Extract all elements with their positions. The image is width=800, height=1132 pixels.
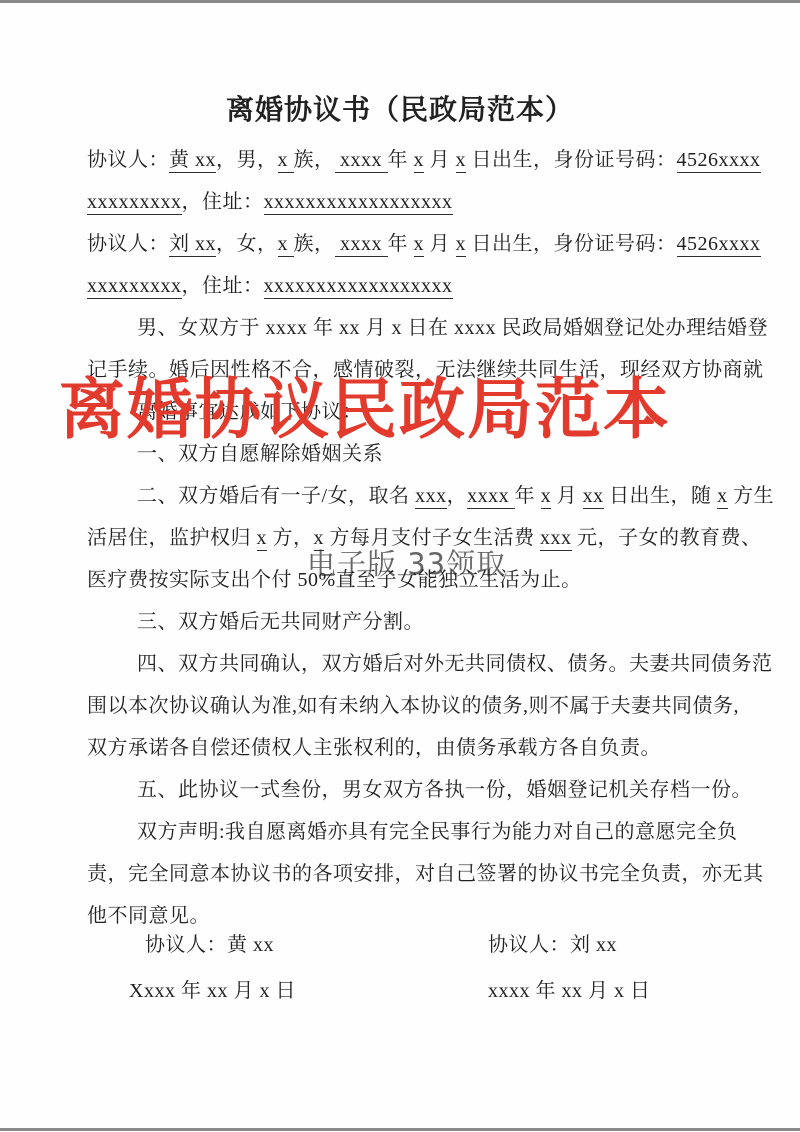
blank-underline: x — [717, 485, 728, 509]
document-line: 协议人：刘 xx，女，x 族， xxxx 年 x 月 x 日出生，身份证号码：4… — [87, 223, 713, 265]
text-segment: 五、此协议一式叁份，男女双方各执一份，婚姻登记机关存档一份。 — [137, 779, 752, 801]
document-line: 围以本次协议确认为准,如有未纳入本协议的债务,则不属于夫妻共同债务, — [87, 685, 713, 727]
text-segment: 日出生，身份证号码： — [466, 149, 677, 171]
blank-underline: x — [456, 233, 467, 257]
blank-underline: x — [278, 233, 294, 257]
blank-underline: xxxxxxxxxxxxxxxxxx — [264, 275, 453, 299]
text-segment: 协议人： — [87, 233, 169, 255]
blank-underline: xxxx — [335, 233, 388, 257]
document-line: 五、此协议一式叁份，男女双方各执一份，婚姻登记机关存档一份。 — [87, 769, 713, 811]
text-segment: 月 — [424, 233, 456, 255]
text-segment: 年 — [388, 149, 414, 171]
red-watermark-text: 离婚协议民政局范本 — [59, 377, 671, 443]
document-line: 责，完全同意本协议书的各项安排，对自己签署的协议书完全负责，亦无其 — [87, 853, 713, 895]
text-segment: ，女， — [216, 233, 278, 255]
blank-underline: xxxx — [467, 485, 515, 509]
text-segment: 双方承诺各自偿还债权人主张权利的，由债务承载方各自负责。 — [87, 737, 661, 759]
blank-underline: 4526xxxx — [677, 149, 761, 173]
signature-left-column: 协议人：黄 xx Xxxx 年 xx 月 x 日 — [129, 922, 296, 1014]
blank-underline: 黄 xx — [169, 149, 216, 173]
text-segment: 年 — [388, 233, 414, 255]
text-segment: 围以本次协议确认为准,如有未纳入本协议的债务,则不属于夫妻共同债务, — [87, 695, 739, 717]
text-segment: ，住址： — [182, 191, 264, 213]
text-segment: 方生 — [728, 485, 775, 507]
document-page: 离婚协议书（民政局范本） 协议人：黄 xx，男，x 族， xxxx 年 x 月 … — [0, 0, 800, 1132]
blank-underline: xxxxxxxxx — [87, 275, 182, 299]
document-body: 协议人：黄 xx，男，x 族， xxxx 年 x 月 x 日出生，身份证号码：4… — [87, 139, 713, 937]
document-line: 男、女双方于 xxxx 年 xx 月 x 日在 xxxx 民政局婚姻登记处办理结… — [87, 307, 713, 349]
blank-underline: 4526xxxx — [677, 233, 761, 257]
blank-underline: xxx — [540, 527, 572, 551]
text-segment: ， — [447, 485, 468, 507]
document-line: xxxxxxxxx，住址：xxxxxxxxxxxxxxxxxx — [87, 181, 713, 223]
blank-underline: xx — [583, 485, 604, 509]
document-line: 双方声明:我自愿离婚亦具有完全民事行为能力对自己的意愿完全负 — [87, 811, 713, 853]
blank-underline: x — [414, 149, 425, 173]
text-segment: 二、双方婚后有一子/女，取名 — [137, 485, 415, 507]
text-segment: 日出生，随 — [604, 485, 718, 507]
signature-right-name: 协议人：刘 xx — [488, 922, 651, 968]
blank-underline: xxxxxxxxxxxxxxxxxx — [264, 191, 453, 215]
text-segment: 月 — [551, 485, 583, 507]
text-segment: 元，子女的教育费、 — [572, 527, 762, 549]
document-line: 二、双方婚后有一子/女，取名 xxx，xxxx 年 x 月 xx 日出生，随 x… — [87, 475, 713, 517]
text-segment: 日出生，身份证号码： — [466, 233, 677, 255]
blank-underline: x — [456, 149, 467, 173]
text-segment: 男、女双方于 xxxx 年 xx 月 x 日在 xxxx 民政局婚姻登记处办理结… — [137, 317, 768, 339]
text-segment: 族， — [294, 233, 335, 255]
text-segment: 医疗费按实际支出个付 50%直至子女能独立生活为止。 — [87, 569, 582, 591]
blank-underline: x — [314, 527, 325, 551]
text-segment: 双方声明:我自愿离婚亦具有完全民事行为能力对自己的意愿完全负 — [137, 821, 738, 843]
signature-right-column: 协议人：刘 xx xxxx 年 xx 月 x 日 — [488, 922, 651, 1014]
blank-underline: xxxxxxxxx — [87, 191, 182, 215]
text-segment: 月 — [424, 149, 456, 171]
document-line: xxxxxxxxx，住址：xxxxxxxxxxxxxxxxxx — [87, 265, 713, 307]
text-segment: 协议人： — [87, 149, 169, 171]
document-line: 四、双方共同确认，双方婚后对外无共同债权、债务。夫妻共同债务范 — [87, 643, 713, 685]
text-segment: ，住址： — [182, 275, 264, 297]
blank-underline: x — [541, 485, 552, 509]
signature-right-date: xxxx 年 xx 月 x 日 — [488, 968, 651, 1014]
document-title: 离婚协议书（民政局范本） — [0, 88, 800, 128]
text-segment: 方， — [267, 527, 314, 549]
document-line: 三、双方婚后无共同财产分割。 — [87, 601, 713, 643]
signature-left-name: 协议人：黄 xx — [129, 922, 296, 968]
blank-underline: x — [257, 527, 268, 551]
blank-underline: x — [278, 149, 294, 173]
text-segment: 四、双方共同确认，双方婚后对外无共同债权、债务。夫妻共同债务范 — [137, 653, 773, 675]
text-segment: 活居住，监护权归 — [87, 527, 257, 549]
blank-underline: xxx — [415, 485, 447, 509]
text-segment: ，男， — [216, 149, 278, 171]
document-line: 协议人：黄 xx，男，x 族， xxxx 年 x 月 x 日出生，身份证号码：4… — [87, 139, 713, 181]
text-segment: 族， — [294, 149, 335, 171]
text-segment: 三、双方婚后无共同财产分割。 — [137, 611, 424, 633]
text-segment: 年 — [515, 485, 541, 507]
document-line: 医疗费按实际支出个付 50%直至子女能独立生活为止。 — [87, 559, 713, 601]
text-segment: 责，完全同意本协议书的各项安排，对自己签署的协议书完全负责，亦无其 — [87, 863, 764, 885]
signature-left-date: Xxxx 年 xx 月 x 日 — [129, 968, 296, 1014]
text-segment: 方每月支付子女生活费 — [324, 527, 540, 549]
document-line: 双方承诺各自偿还债权人主张权利的，由债务承载方各自负责。 — [87, 727, 713, 769]
document-line: 活居住，监护权归 x 方，x 方每月支付子女生活费 xxx 元，子女的教育费、 — [87, 517, 713, 559]
screen-top-edge — [0, 0, 800, 3]
blank-underline: 刘 xx — [169, 233, 216, 257]
blank-underline: x — [414, 233, 425, 257]
blank-underline: xxxx — [335, 149, 388, 173]
screen-bottom-edge — [0, 1128, 800, 1131]
